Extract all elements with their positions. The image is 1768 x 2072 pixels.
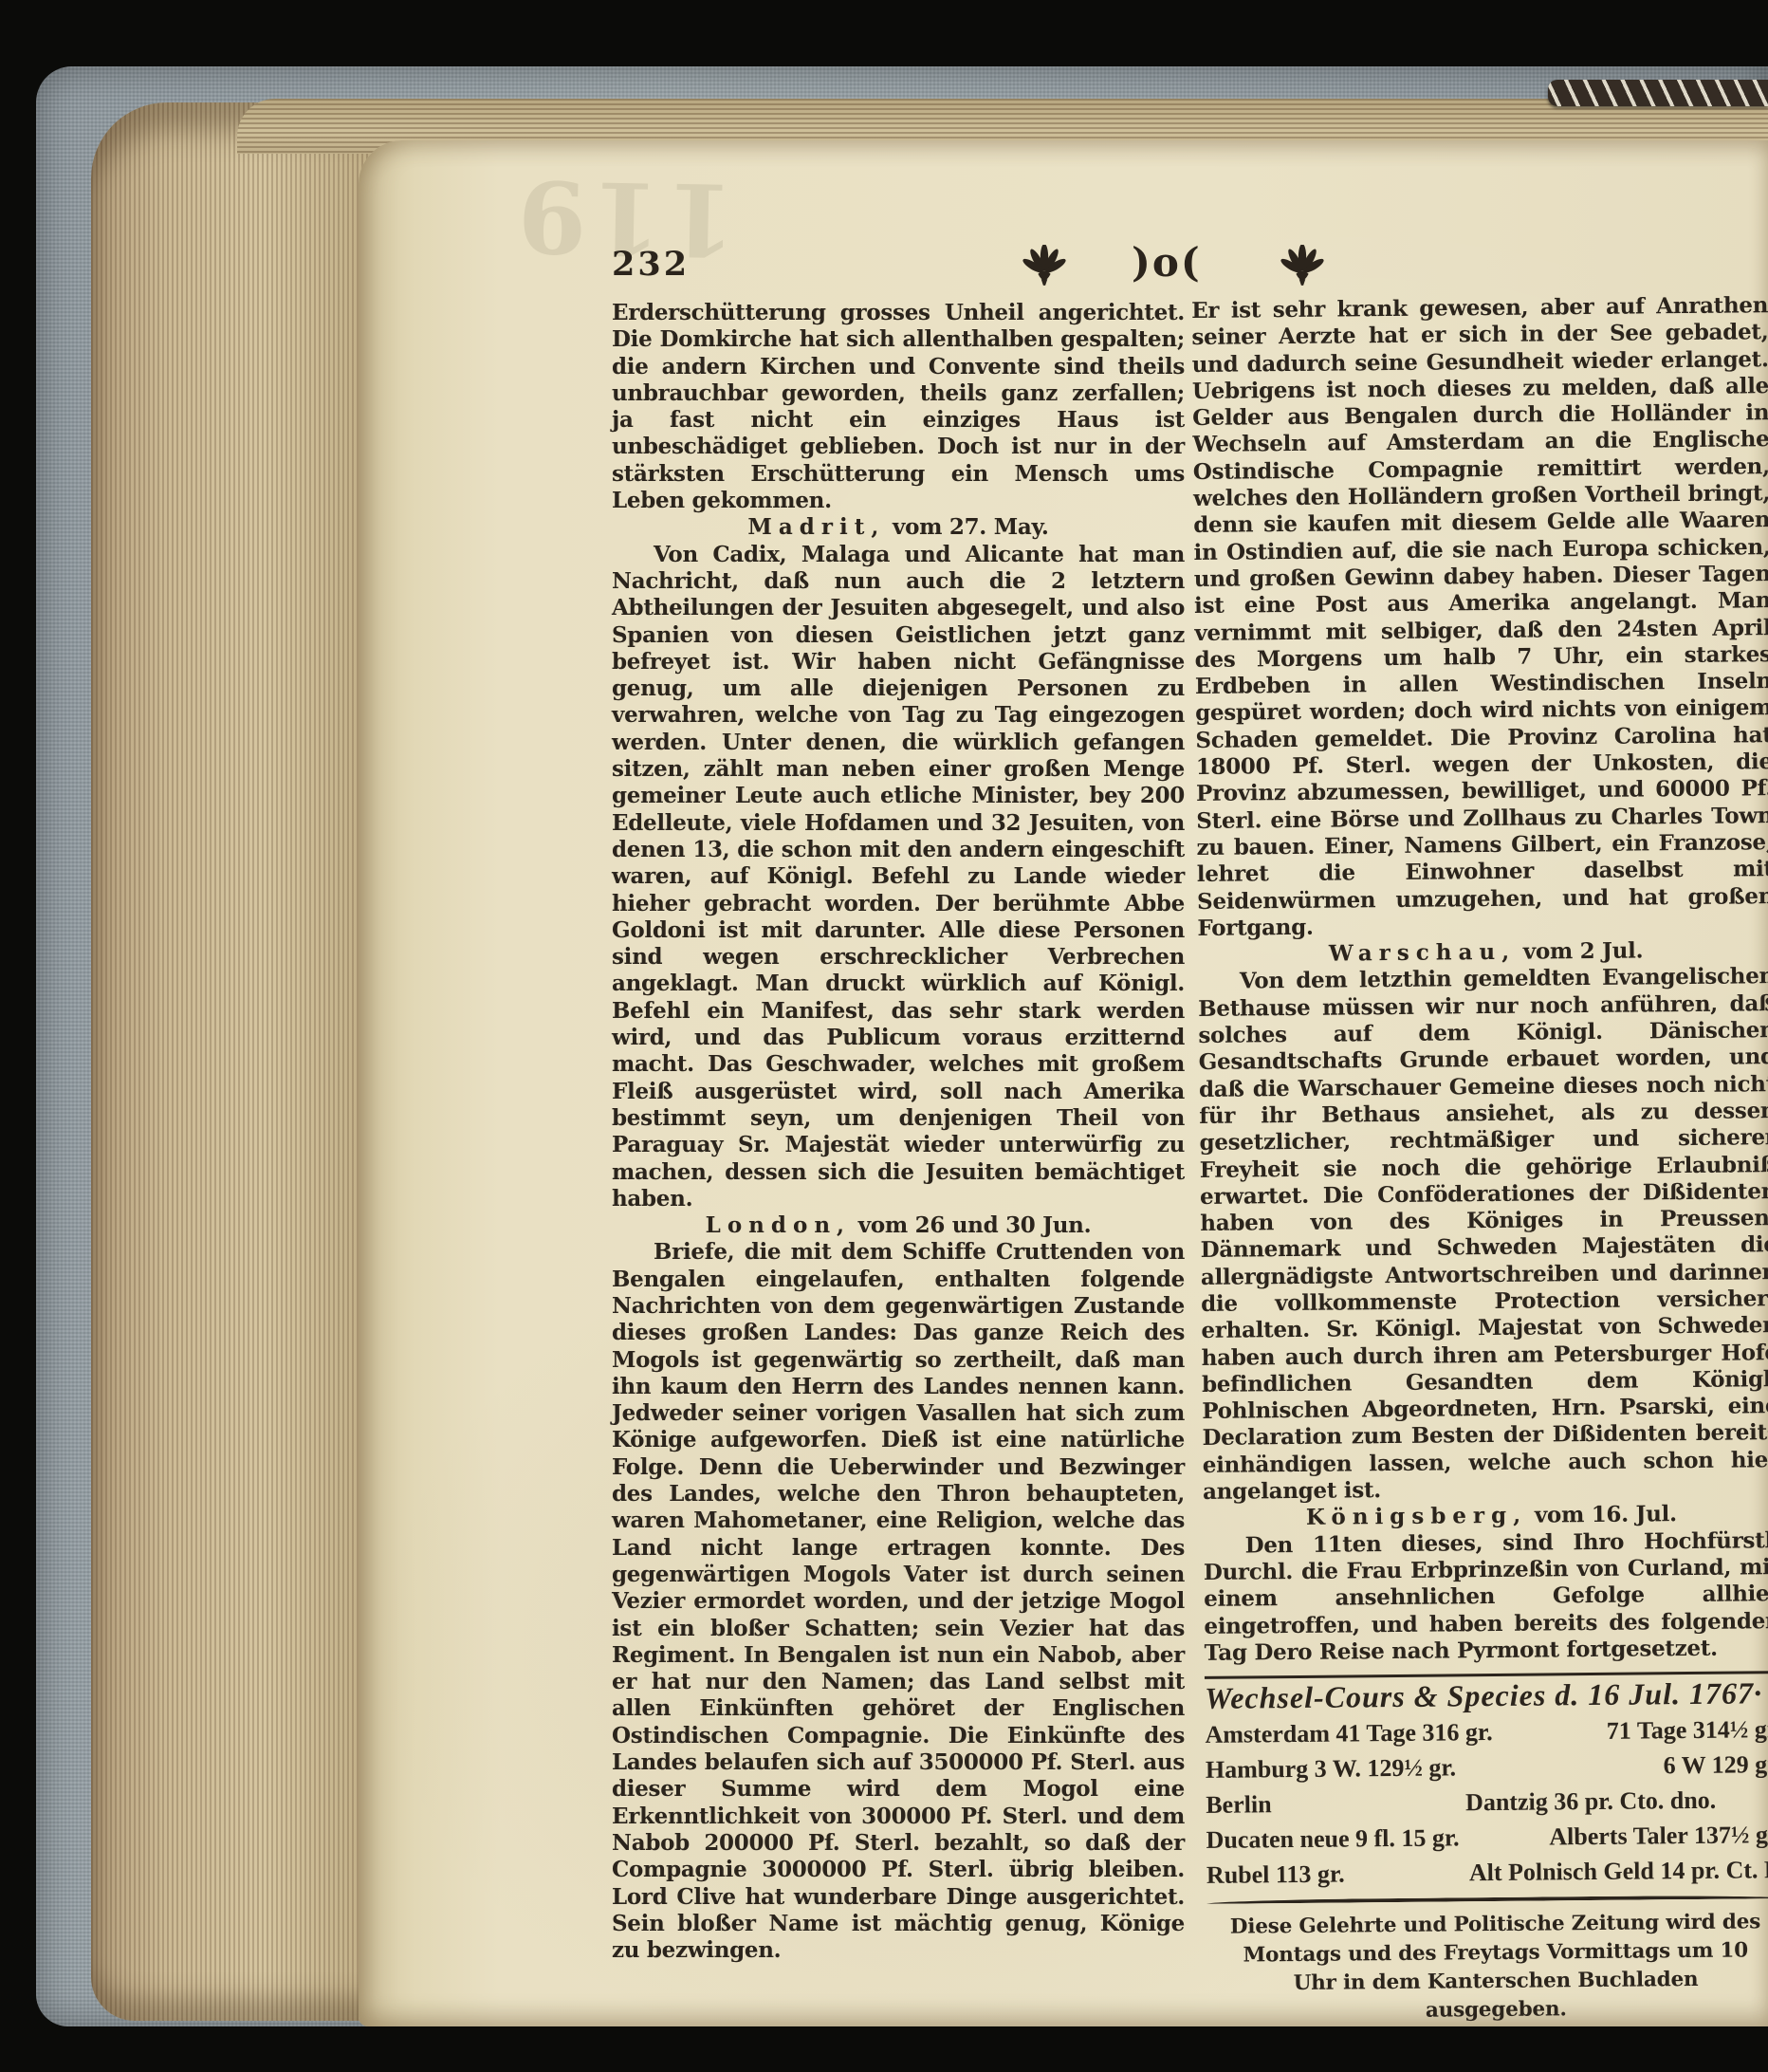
dateline-city: Königsberg,	[1306, 1503, 1527, 1530]
page-number: 232	[612, 245, 690, 284]
exchange-row: Berlin Dantzig 36 pr. Cto. dno.	[1206, 1783, 1768, 1823]
paragraph-bengal-news: Er ist sehr krank gewesen, aber auf Anra…	[1191, 292, 1768, 942]
exchange-cell-right: Alberts Taler 137½ gr.	[1549, 1818, 1768, 1855]
headband-stitching	[1548, 80, 1768, 106]
book-photograph: 119 232 )o(	[0, 0, 1768, 2072]
exchange-row: Rubel 113 gr. Alt Polnisch Geld 14 pr. C…	[1206, 1853, 1768, 1894]
exchange-cell-right: Dantzig 36 pr. Cto. dno.	[1465, 1783, 1716, 1821]
dateline-city: Madrit,	[747, 514, 885, 540]
paragraph-madrid: Von Cadix, Malaga und Alicante hat man N…	[612, 542, 1185, 1212]
dateline-date: vom 27. May.	[885, 514, 1048, 540]
exchange-rates-title: Wechsel-Cours & Species d. 16 Jul. 1767·	[1205, 1679, 1768, 1711]
floral-ornament-icon	[1280, 245, 1324, 287]
divider-rule	[1206, 1896, 1768, 1905]
dateline-city: Warschau,	[1329, 939, 1516, 967]
exchange-cell-left: Amsterdam 41 Tage 316 gr.	[1205, 1714, 1492, 1752]
exchange-cell-right: Alt Polnisch Geld 14 pr. Ct. P.	[1469, 1853, 1768, 1891]
exchange-cell-right: 6 W 129 gr.	[1663, 1748, 1768, 1784]
floral-ornament-icon	[1022, 245, 1066, 287]
right-text-column: Er ist sehr krank gewesen, aber auf Anra…	[1191, 292, 1768, 2027]
paragraph-london: Briefe, die mit dem Schiffe Cruttenden v…	[612, 1239, 1185, 1964]
dateline-date: vom 16. Jul.	[1527, 1502, 1677, 1529]
exchange-row: Amsterdam 41 Tage 316 gr. 71 Tage 314½ g…	[1205, 1712, 1768, 1753]
exchange-row: Ducaten neue 9 fl. 15 gr. Alberts Taler …	[1206, 1818, 1768, 1859]
page-fore-edge-stack	[91, 102, 404, 2021]
signature-mark: )o(	[1132, 239, 1202, 286]
publication-notice: Diese Gelehrte und Politische Zeitung wi…	[1225, 1909, 1768, 2027]
exchange-row: Hamburg 3 W. 129½ gr. 6 W 129 gr.	[1206, 1748, 1768, 1788]
paragraph-warsaw: Von dem letzthin gemeldten Evangelischen…	[1198, 964, 1768, 1507]
dateline-madrid: Madrit, vom 27. May.	[612, 514, 1185, 541]
exchange-cell-left: Ducaten neue 9 fl. 15 gr.	[1206, 1821, 1459, 1859]
dateline-london: London, vom 26 und 30 Jun.	[612, 1212, 1185, 1239]
exchange-cell-right: 71 Tage 314½ gr.	[1607, 1712, 1768, 1749]
dateline-date: vom 2 Jul.	[1516, 938, 1643, 965]
left-text-column: Erderschütterung grosses Unheil angerich…	[612, 300, 1185, 1964]
exchange-rates-table: Amsterdam 41 Tage 316 gr. 71 Tage 314½ g…	[1205, 1712, 1768, 1894]
exchange-cell-left: Berlin	[1206, 1787, 1272, 1823]
dateline-city: London,	[706, 1212, 851, 1238]
paragraph-konigsberg: Den 11ten dieses, sind Ihro Hochfürstl. …	[1203, 1527, 1768, 1667]
dateline-date: vom 26 und 30 Jun.	[851, 1212, 1091, 1238]
exchange-cell-left: Rubel 113 gr.	[1206, 1857, 1345, 1893]
exchange-cell-left: Hamburg 3 W. 129½ gr.	[1206, 1750, 1456, 1788]
paragraph-earthquake: Erderschütterung grosses Unheil angerich…	[612, 300, 1185, 514]
